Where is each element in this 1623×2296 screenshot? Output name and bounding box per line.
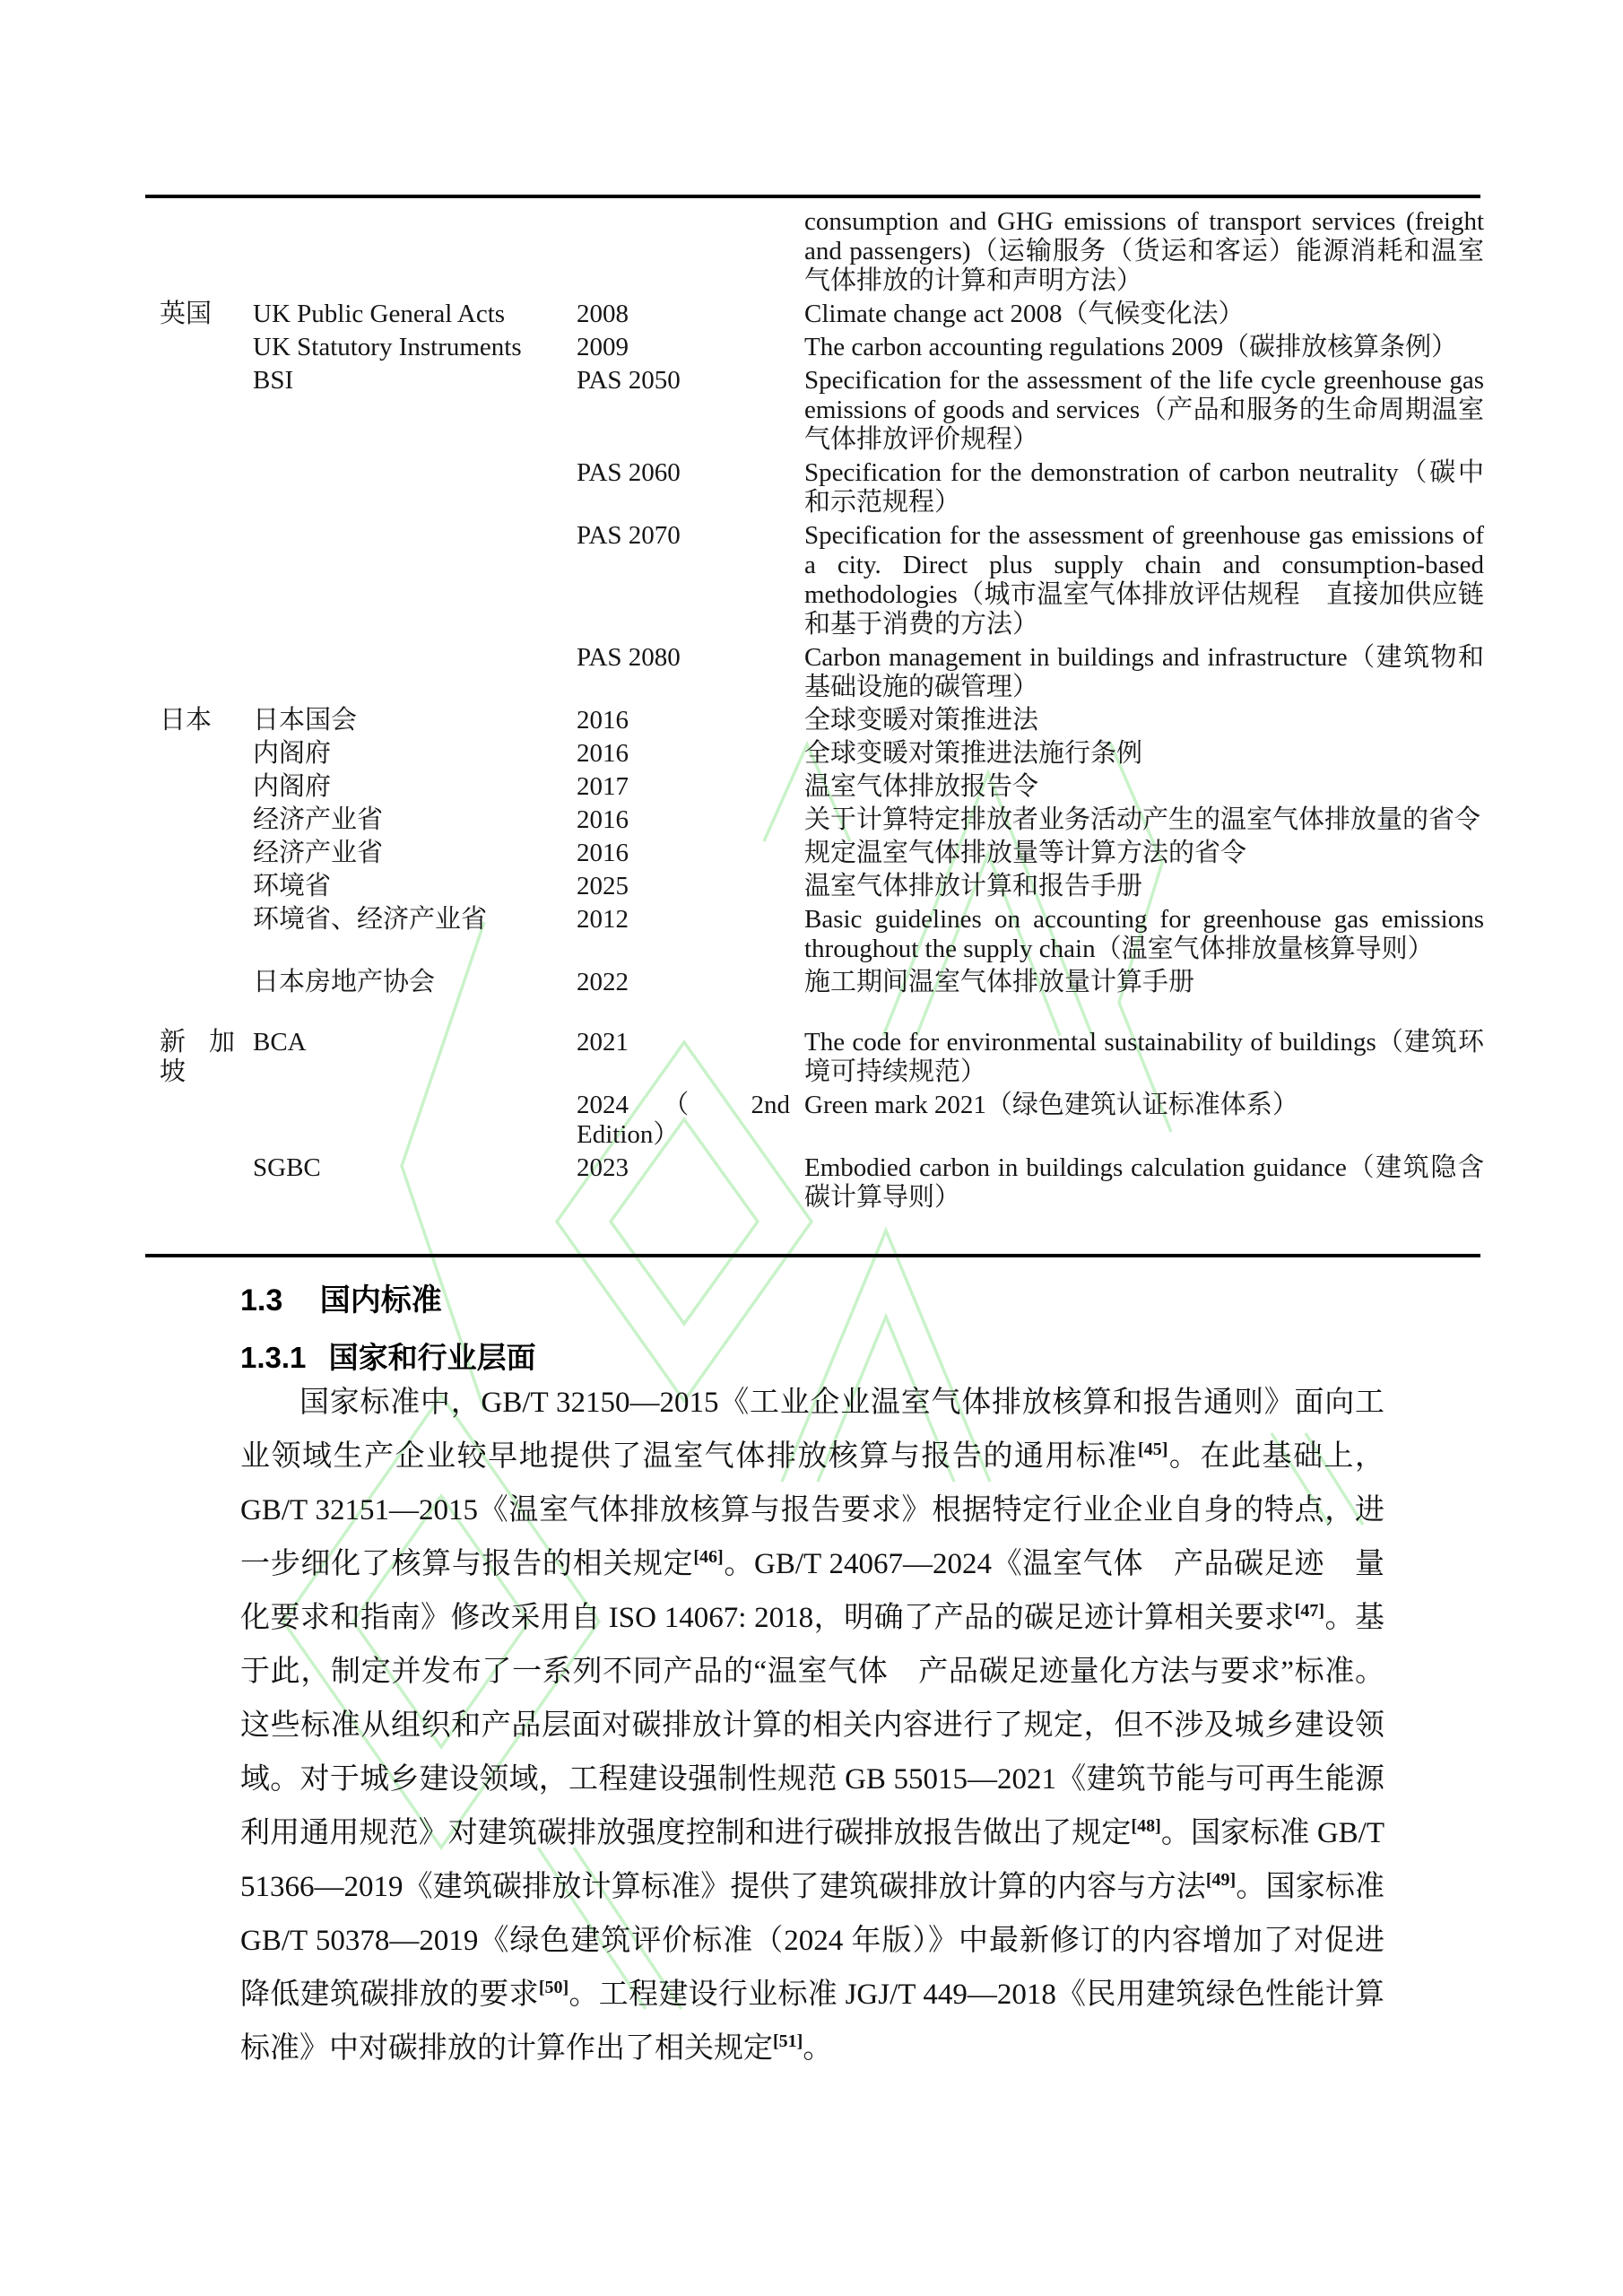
- cell-country: [160, 333, 235, 362]
- table-row: 环境省、经济产业省2012Basic guidelines on account…: [160, 905, 1484, 964]
- cell-title: The code for environmental sustainabilit…: [804, 1028, 1484, 1087]
- cell-country: [160, 643, 235, 702]
- cell-title: 全球变暖对策推进法施行条例: [804, 739, 1484, 769]
- table-row: 内阁府2017温室气体排放报告令: [160, 772, 1484, 802]
- table-row: PAS 2080Carbon management in buildings a…: [160, 643, 1484, 702]
- table-row: PAS 2060Specification for the demonstrat…: [160, 458, 1484, 517]
- section-heading-1-3: 1.3 国内标准: [240, 1275, 442, 1319]
- table-row: 英国UK Public General Acts2008Climate chan…: [160, 300, 1484, 329]
- cell-org: 内阁府: [253, 772, 577, 802]
- table-row: 经济产业省2016关于计算特定排放者业务活动产生的温室气体排放量的省令: [160, 805, 1484, 835]
- cell-year: 2023: [577, 1153, 804, 1213]
- section-number: 1.3.1: [240, 1341, 306, 1374]
- cell-year: PAS 2060: [577, 458, 804, 517]
- cell-org: [253, 643, 577, 702]
- cell-country: 新加坡: [160, 1028, 235, 1087]
- citation-ref: [51]: [773, 2031, 803, 2051]
- cell-country: [160, 905, 235, 964]
- cell-org: BCA: [253, 1028, 577, 1087]
- cell-country: [160, 521, 235, 639]
- table-row: 2024 （ 2nd Edition）Green mark 2021（绿色建筑认…: [160, 1091, 1484, 1150]
- cell-title: 关于计算特定排放者业务活动产生的温室气体排放量的省令: [804, 805, 1484, 835]
- cell-country: [160, 1153, 235, 1213]
- table-row: 新加坡BCA2021The code for environmental sus…: [160, 1028, 1484, 1087]
- cell-title: Green mark 2021（绿色建筑认证标准体系）: [804, 1091, 1484, 1150]
- cell-year: 2022: [577, 968, 804, 997]
- table-top-rule: [145, 195, 1480, 198]
- citation-ref: [46]: [693, 1547, 723, 1567]
- paragraph-text: 。: [803, 2032, 832, 2065]
- cell-title: Embodied carbon in buildings calculation…: [804, 1153, 1484, 1213]
- cell-title: The carbon accounting regulations 2009（碳…: [804, 333, 1484, 362]
- cell-year: [577, 207, 804, 296]
- section-number: 1.3: [240, 1283, 282, 1318]
- cell-title: 规定温室气体排放量等计算方法的省令: [804, 839, 1484, 868]
- citation-ref: [45]: [1138, 1439, 1167, 1459]
- section-title: 国家和行业层面: [329, 1341, 536, 1374]
- cell-title: Specification for the assessment of gree…: [804, 521, 1484, 639]
- cell-country: [160, 839, 235, 868]
- cell-title: 温室气体排放计算和报告手册: [804, 872, 1484, 901]
- cell-title: Specification for the assessment of the …: [804, 366, 1484, 455]
- cell-country: 日本: [160, 706, 235, 735]
- cell-org: 经济产业省: [253, 839, 577, 868]
- section-title: 国内标准: [320, 1283, 442, 1318]
- cell-country: [160, 739, 235, 769]
- cell-title: consumption and GHG emissions of transpo…: [804, 207, 1484, 296]
- cell-year: 2016: [577, 739, 804, 769]
- cell-year: PAS 2050: [577, 366, 804, 455]
- table-row: 内阁府2016全球变暖对策推进法施行条例: [160, 739, 1484, 769]
- standards-table: consumption and GHG emissions of transpo…: [160, 207, 1484, 1216]
- cell-title: 温室气体排放报告令: [804, 772, 1484, 802]
- cell-org: [253, 207, 577, 296]
- table-row: UK Statutory Instruments2009The carbon a…: [160, 333, 1484, 362]
- cell-country: [160, 458, 235, 517]
- cell-country: [160, 207, 235, 296]
- cell-title: 施工期间温室气体排放量计算手册: [804, 968, 1484, 997]
- table-row: 环境省2025温室气体排放计算和报告手册: [160, 872, 1484, 901]
- cell-year: 2024 （ 2nd Edition）: [577, 1091, 804, 1150]
- cell-title: Climate change act 2008（气候变化法）: [804, 300, 1484, 329]
- cell-country: 英国: [160, 300, 235, 329]
- cell-org: UK Statutory Instruments: [253, 333, 577, 362]
- cell-year: 2009: [577, 333, 804, 362]
- cell-title: Specification for the demonstration of c…: [804, 458, 1484, 517]
- cell-year: 2012: [577, 905, 804, 964]
- paragraph-text: 。基于此，制定并发布了一系列不同产品的“温室气体 产品碳足迹量化方法与要求”标准…: [240, 1602, 1384, 1849]
- table-row: BSIPAS 2050Specification for the assessm…: [160, 366, 1484, 455]
- body-paragraph: 国家标准中，GB/T 32150—2015《工业企业温室气体排放核算和报告通则》…: [240, 1376, 1384, 2075]
- citation-ref: [48]: [1131, 1816, 1160, 1836]
- cell-org: UK Public General Acts: [253, 300, 577, 329]
- table-row: 日本日本国会2016全球变暖对策推进法: [160, 706, 1484, 735]
- cell-org: SGBC: [253, 1153, 577, 1213]
- cell-year: 2017: [577, 772, 804, 802]
- cell-org: 内阁府: [253, 739, 577, 769]
- cell-title: Basic guidelines on accounting for green…: [804, 905, 1484, 964]
- cell-year: 2016: [577, 839, 804, 868]
- cell-country: [160, 968, 235, 997]
- table-row: 经济产业省2016规定温室气体排放量等计算方法的省令: [160, 839, 1484, 868]
- cell-org: 环境省、经济产业省: [253, 905, 577, 964]
- cell-year: 2016: [577, 805, 804, 835]
- citation-ref: [50]: [539, 1978, 568, 1997]
- cell-title: 全球变暖对策推进法: [804, 706, 1484, 735]
- cell-year: 2008: [577, 300, 804, 329]
- cell-country: [160, 366, 235, 455]
- cell-country: [160, 772, 235, 802]
- cell-title: Carbon management in buildings and infra…: [804, 643, 1484, 702]
- cell-year: 2021: [577, 1028, 804, 1087]
- cell-org: [253, 521, 577, 639]
- cell-org: [253, 458, 577, 517]
- table-row: 日本房地产协会2022施工期间温室气体排放量计算手册: [160, 968, 1484, 997]
- cell-org: 经济产业省: [253, 805, 577, 835]
- cell-year: 2016: [577, 706, 804, 735]
- cell-year: 2025: [577, 872, 804, 901]
- cell-year: PAS 2070: [577, 521, 804, 639]
- citation-ref: [47]: [1295, 1601, 1324, 1621]
- cell-country: [160, 1091, 235, 1150]
- table-row: consumption and GHG emissions of transpo…: [160, 207, 1484, 296]
- cell-org: 环境省: [253, 872, 577, 901]
- citation-ref: [49]: [1206, 1870, 1236, 1890]
- cell-org: [253, 1091, 577, 1150]
- section-heading-1-3-1: 1.3.1 国家和行业层面: [240, 1335, 536, 1377]
- cell-org: 日本国会: [253, 706, 577, 735]
- cell-country: [160, 872, 235, 901]
- table-bottom-rule: [145, 1254, 1480, 1257]
- cell-org: 日本房地产协会: [253, 968, 577, 997]
- table-row: SGBC2023Embodied carbon in buildings cal…: [160, 1153, 1484, 1213]
- cell-org: BSI: [253, 366, 577, 455]
- table-row: PAS 2070Specification for the assessment…: [160, 521, 1484, 639]
- document-page: consumption and GHG emissions of transpo…: [0, 0, 1623, 2296]
- cell-country: [160, 805, 235, 835]
- cell-year: PAS 2080: [577, 643, 804, 702]
